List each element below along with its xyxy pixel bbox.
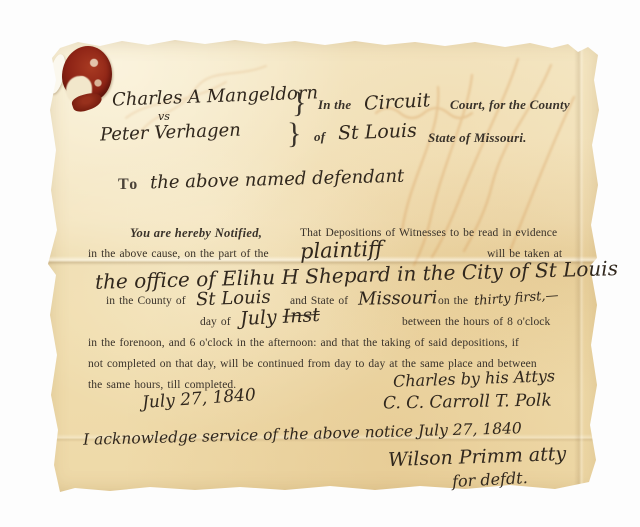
caption-court-suffix: Court, for the County (450, 97, 570, 113)
notified-bold: You are hereby Notified, (130, 226, 262, 241)
county-pre: in the County of (106, 295, 186, 307)
caption-in-the: In the (318, 97, 351, 113)
to-label: To (118, 176, 139, 194)
caption-brace-top: } (292, 86, 306, 120)
attorney-signature-line2: C. C. Carroll T. Polk (383, 391, 552, 414)
caption-brace-bottom: } (287, 117, 301, 151)
body-line6: in the forenoon, and 6 o'clock in the af… (88, 337, 519, 349)
month-struck-word: Inst (282, 304, 320, 328)
caption-state-line: State of Missouri. (428, 130, 527, 146)
day-of: day of (200, 316, 231, 328)
scanned-document-page: Charles A Mangeldorn vs Peter Verhagen }… (0, 0, 640, 527)
on-the: on the (438, 295, 468, 307)
month-handwritten: July Inst (239, 304, 320, 330)
ack-signature-role: for defdt. (452, 468, 529, 491)
wax-seal (60, 46, 112, 110)
court-name-handwritten: Circuit (363, 89, 430, 114)
county-handwritten-caption: St Louis (338, 120, 418, 145)
state-handwritten: Missouri (358, 287, 438, 309)
party-handwritten: plaintiff (300, 237, 384, 264)
hours-post: between the hours of 8 o'clock (402, 316, 550, 328)
body-line2-pre: in the above cause, on the part of the (88, 248, 269, 260)
caption-of: of (314, 129, 325, 145)
month-word: July (239, 306, 277, 330)
